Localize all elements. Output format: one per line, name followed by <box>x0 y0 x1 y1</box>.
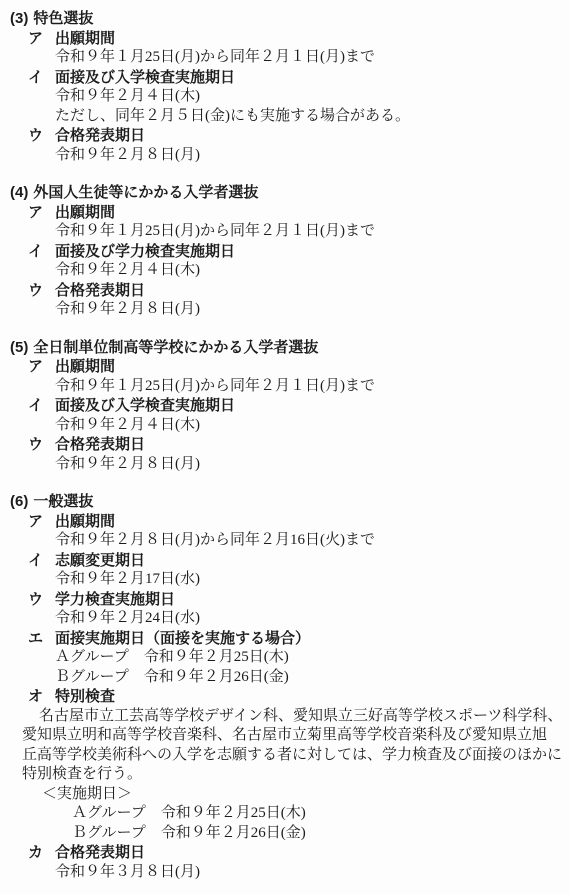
section-number: (3) <box>10 9 28 29</box>
item-title: 面接及び入学検査実施期日 <box>55 68 235 88</box>
item-interview-date: エ面接実施期日（面接を実施する場合） Ａグループ 令和９年２月25日(木) Ｂグ… <box>0 629 569 688</box>
item-marker: エ <box>28 629 55 649</box>
paragraph-line: 特別検査を行う。 <box>0 765 569 785</box>
item-result-announcement-date: カ合格発表期日 令和９年３月８日(月) <box>0 843 569 882</box>
date-line: 令和９年３月８日(月) <box>0 863 569 883</box>
item-academic-exam-date: ウ学力検査実施期日 令和９年２月24日(水) <box>0 590 569 629</box>
item-title: 出願期間 <box>55 203 115 223</box>
item-marker: イ <box>28 396 55 416</box>
date-line: 令和９年２月８日(月) <box>0 146 569 166</box>
item-interview-exam-date: イ面接及び入学検査実施期日 令和９年２月４日(木) <box>0 396 569 435</box>
item-application-period: ア出願期間 令和９年１月25日(月)から同年２月１日(月)まで <box>0 357 569 396</box>
item-application-period: ア出願期間 令和９年１月25日(月)から同年２月１日(月)まで <box>0 203 569 242</box>
item-marker: ウ <box>28 126 55 146</box>
section-tokushoku-senbatsu: (3)特色選抜 ア出願期間 令和９年１月25日(月)から同年２月１日(月)まで … <box>0 9 569 165</box>
date-line: 令和９年２月24日(水) <box>0 609 569 629</box>
section-number: (5) <box>10 338 28 358</box>
item-marker: ア <box>28 512 55 532</box>
item-marker: ア <box>28 357 55 377</box>
section-title: 一般選抜 <box>33 493 93 510</box>
section-header: (3)特色選抜 <box>0 9 569 29</box>
note-line: ただし、同年２月５日(金)にも実施する場合がある。 <box>0 107 569 127</box>
item-interview-exam-date: イ面接及び入学検査実施期日 令和９年２月４日(木) ただし、同年２月５日(金)に… <box>0 68 569 127</box>
group-b-date-line: Ｂグループ 令和９年２月26日(金) <box>0 824 569 844</box>
section-general-selection: (6)一般選抜 ア出願期間 令和９年２月８日(月)から同年２月16日(火)まで … <box>0 492 569 882</box>
item-title: 出願期間 <box>55 512 115 532</box>
section-credit-system-school-selection: (5)全日制単位制高等学校にかかる入学者選抜 ア出願期間 令和９年１月25日(月… <box>0 338 569 475</box>
item-title: 志願変更期日 <box>55 551 145 571</box>
item-marker: ウ <box>28 435 55 455</box>
item-interview-exam-date: イ面接及び学力検査実施期日 令和９年２月４日(木) <box>0 242 569 281</box>
group-a-date-line: Ａグループ 令和９年２月25日(木) <box>0 648 569 668</box>
item-title: 面接及び学力検査実施期日 <box>55 242 235 262</box>
item-marker: ウ <box>28 281 55 301</box>
item-title: 学力検査実施期日 <box>55 590 175 610</box>
item-title: 出願期間 <box>55 357 115 377</box>
date-line: 令和９年２月８日(月) <box>0 300 569 320</box>
item-marker: ウ <box>28 590 55 610</box>
schedule-sub-heading: ＜実施期日＞ <box>0 785 569 805</box>
item-result-announcement-date: ウ合格発表期日 令和９年２月８日(月) <box>0 126 569 165</box>
item-title: 合格発表期日 <box>55 843 145 863</box>
item-title: 合格発表期日 <box>55 435 145 455</box>
date-line: 令和９年１月25日(月)から同年２月１日(月)まで <box>0 48 569 68</box>
item-title: 出願期間 <box>55 29 115 49</box>
section-header: (5)全日制単位制高等学校にかかる入学者選抜 <box>0 338 569 358</box>
item-title: 特別検査 <box>55 687 115 707</box>
item-title: 面接実施期日（面接を実施する場合） <box>55 629 310 649</box>
item-application-change-date: イ志願変更期日 令和９年２月17日(水) <box>0 551 569 590</box>
date-line: 令和９年１月25日(月)から同年２月１日(月)まで <box>0 377 569 397</box>
item-marker: イ <box>28 551 55 571</box>
item-application-period: ア出願期間 令和９年１月25日(月)から同年２月１日(月)まで <box>0 29 569 68</box>
section-header: (4)外国人生徒等にかかる入学者選抜 <box>0 183 569 203</box>
section-number: (6) <box>10 492 28 512</box>
date-line: 令和９年２月４日(木) <box>0 87 569 107</box>
group-a-date-line: Ａグループ 令和９年２月25日(木) <box>0 804 569 824</box>
section-title: 全日制単位制高等学校にかかる入学者選抜 <box>33 339 318 356</box>
paragraph-line: 愛知県立明和高等学校音楽科、名古屋市立菊里高等学校音楽科及び愛知県立旭 <box>0 726 569 746</box>
item-marker: オ <box>28 687 55 707</box>
date-line: 令和９年２月17日(水) <box>0 570 569 590</box>
item-application-period: ア出願期間 令和９年２月８日(月)から同年２月16日(火)まで <box>0 512 569 551</box>
document-page: (3)特色選抜 ア出願期間 令和９年１月25日(月)から同年２月１日(月)まで … <box>0 0 569 895</box>
paragraph-line: 名古屋市立工芸高等学校デザイン科、愛知県立三好高等学校スポーツ科学科、 <box>0 707 569 727</box>
item-title: 面接及び入学検査実施期日 <box>55 396 235 416</box>
section-number: (4) <box>10 183 28 203</box>
group-b-date-line: Ｂグループ 令和９年２月26日(金) <box>0 668 569 688</box>
item-result-announcement-date: ウ合格発表期日 令和９年２月８日(月) <box>0 281 569 320</box>
item-title: 合格発表期日 <box>55 281 145 301</box>
date-line: 令和９年２月８日(月) <box>0 455 569 475</box>
date-line: 令和９年２月４日(木) <box>0 261 569 281</box>
item-marker: イ <box>28 68 55 88</box>
item-marker: イ <box>28 242 55 262</box>
paragraph-line: 丘高等学校美術科への入学を志願する者に対しては、学力検査及び面接のほかに <box>0 746 569 766</box>
section-foreign-students-selection: (4)外国人生徒等にかかる入学者選抜 ア出願期間 令和９年１月25日(月)から同… <box>0 183 569 320</box>
item-marker: ア <box>28 203 55 223</box>
item-special-examination: オ特別検査 名古屋市立工芸高等学校デザイン科、愛知県立三好高等学校スポーツ科学科… <box>0 687 569 843</box>
item-title: 合格発表期日 <box>55 126 145 146</box>
date-line: 令和９年１月25日(月)から同年２月１日(月)まで <box>0 222 569 242</box>
item-marker: カ <box>28 843 55 863</box>
section-title: 外国人生徒等にかかる入学者選抜 <box>33 184 258 201</box>
date-line: 令和９年２月４日(木) <box>0 416 569 436</box>
section-title: 特色選抜 <box>33 10 93 27</box>
item-marker: ア <box>28 29 55 49</box>
date-line: 令和９年２月８日(月)から同年２月16日(火)まで <box>0 531 569 551</box>
section-header: (6)一般選抜 <box>0 492 569 512</box>
item-result-announcement-date: ウ合格発表期日 令和９年２月８日(月) <box>0 435 569 474</box>
